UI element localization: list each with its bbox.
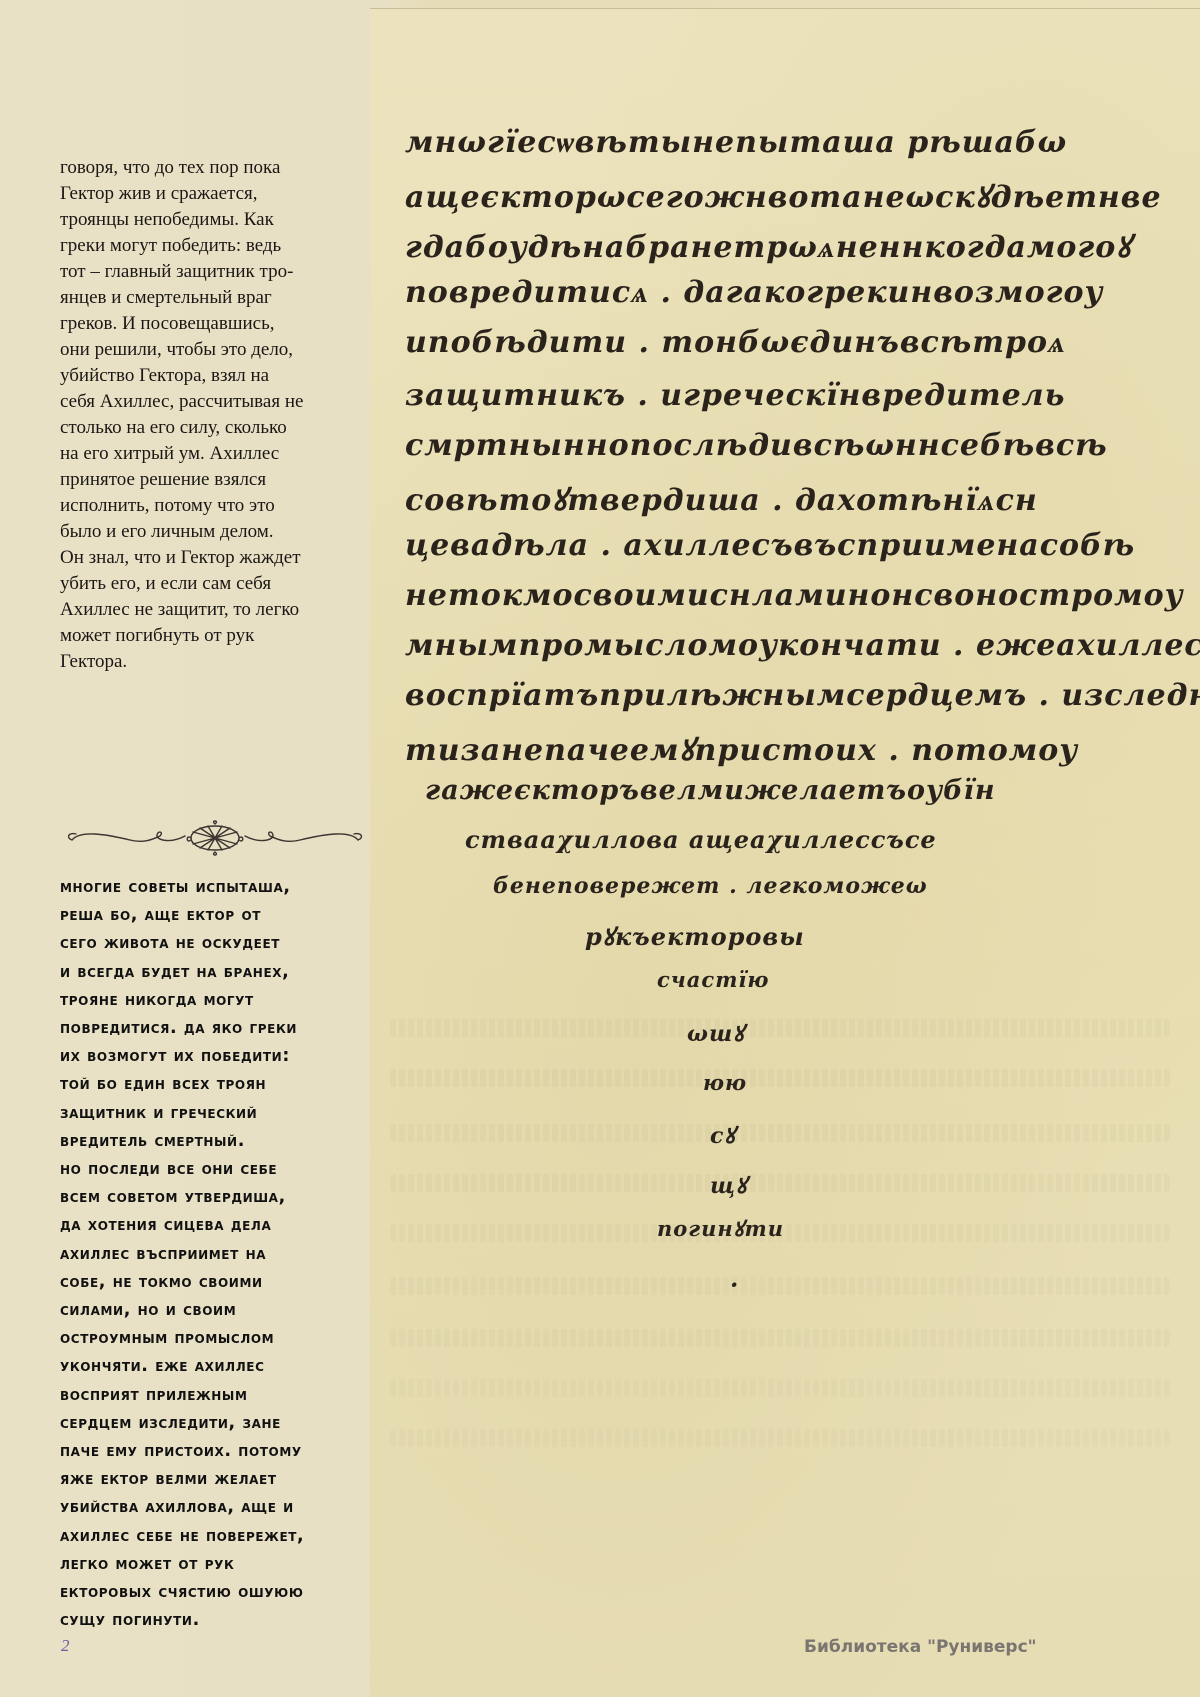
bleed-through-line: [390, 1277, 1170, 1295]
bleed-through-line: [390, 1429, 1170, 1447]
bleed-through-line: [390, 1174, 1170, 1192]
bleed-through-line: [390, 1069, 1170, 1087]
bleed-through-line: [390, 1124, 1170, 1142]
library-footer-label: Библиотека "Руниверс": [804, 1637, 1037, 1657]
manuscript-line: рꙋкъекторовы: [585, 920, 805, 953]
manuscript-line: мнωгїесѡвѣтынепыташа рѣшабω: [405, 125, 1067, 160]
manuscript-line: ·: [730, 1270, 739, 1299]
manuscript-line: воспрїатъприлѣжнымсердцемъ . изследн: [405, 678, 1200, 713]
manuscript-line: цевадѣла . ахиллесъвъсприименасобѣ: [405, 528, 1135, 563]
ornamental-divider-icon: [60, 818, 370, 858]
page-number: 2: [61, 1636, 70, 1656]
manuscript-line: повредитисѧ . дагакогрекинвозмогоу: [405, 275, 1103, 310]
manuscript-line: бенеповережет . легкоможеω: [493, 873, 928, 899]
manuscript-line: нетокмосвоимиснламинонсвоностромоу: [405, 578, 1184, 613]
bleed-through-line: [390, 1019, 1170, 1037]
church-slavonic-transcription: многие советы испыташа, реша бо, аще Ект…: [60, 873, 380, 1634]
manuscript-line: щꙋ: [710, 1170, 747, 1200]
translation-paragraph: говоря, что до тех пор пока Гектор жив и…: [60, 155, 370, 675]
manuscript-line: ωшꙋ: [687, 1018, 745, 1048]
manuscript-line: ащеєкторωсегожнвотанеωскꙋдѣетнве: [405, 175, 1162, 216]
manuscript-line: защитникъ . игреческїнвредитель: [405, 378, 1065, 413]
bleed-through-line: [390, 1379, 1170, 1397]
translation-column: говоря, что до тех пор пока Гектор жив и…: [60, 155, 370, 675]
manuscript-line: погинꙋти: [657, 1215, 784, 1243]
manuscript-line: тизанепачеемꙋпристоих . потомоу: [405, 728, 1078, 769]
bleed-through-line: [390, 1329, 1170, 1347]
manuscript-line: совѣтоꙋтвердиша . дахотѣнїѧсн: [405, 478, 1038, 519]
manuscript-line: гдабоудѣнабранетрωѧненнкогдамогоꙋ: [405, 225, 1131, 266]
manuscript-line: гажеєкторъвелмижелаетъоубїн: [425, 775, 996, 806]
manuscript-line: ипобѣдити . тонбωєдинъвсѣтроѧ: [405, 325, 1066, 360]
manuscript-line: юю: [703, 1070, 747, 1095]
manuscript-line: сꙋ: [710, 1120, 736, 1150]
manuscript-line: счастїю: [657, 967, 769, 992]
manuscript-line: ствааχиллова ащеаχиллессъсе: [465, 825, 937, 854]
manuscript-line: мнымпромысломоукончати . ежеахиллесъ: [405, 628, 1200, 663]
manuscript-line: смртныннопослѣдивсѣωннсебѣвсѣ: [405, 428, 1108, 463]
